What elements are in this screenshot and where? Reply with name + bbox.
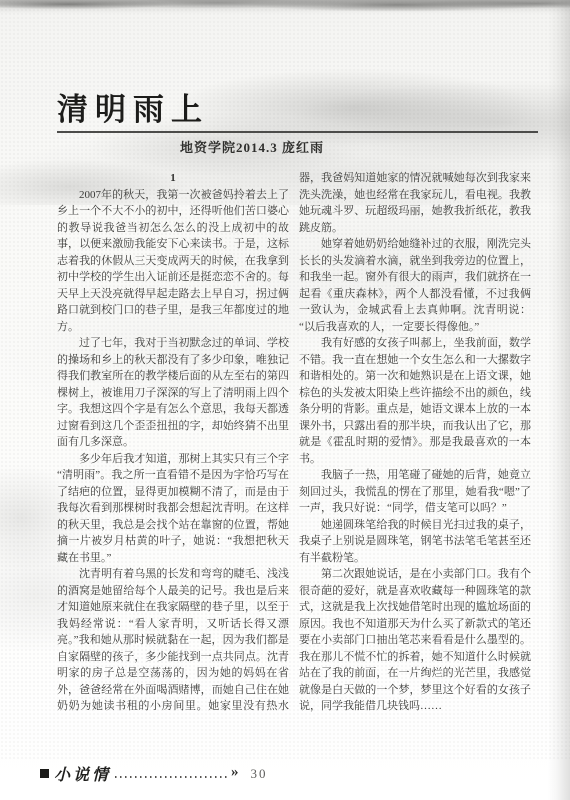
paragraph: 2007年的秋天，我第一次被爸妈拎着去上了乡上一个不大不小的初中，还得听他们苦口… bbox=[57, 187, 289, 336]
footer-dotted-leader bbox=[115, 776, 227, 778]
footer-page-number: 30 bbox=[251, 766, 268, 782]
article-byline: 地资学院2014.3 庞红雨 bbox=[180, 137, 324, 156]
magazine-page: 清明雨上 地资学院2014.3 庞红雨 1 2007年的秋天，我第一次被爸妈拎着… bbox=[0, 0, 570, 800]
ink-texture-top-band bbox=[0, 0, 570, 14]
paragraph: 她递圆珠笔给我的时候目光扫过我的桌子，我桌子上别说是圆珠笔，钢笔书法笔毛笔甚至还… bbox=[299, 517, 531, 567]
square-bullet-icon bbox=[40, 769, 49, 778]
title-rule bbox=[57, 131, 538, 133]
paragraph: 过了七年，我对于当初默念过的单词、学校的操场和乡上的秋天都没有了多少印象，唯独记… bbox=[57, 335, 289, 451]
ink-texture-right-edge bbox=[548, 0, 570, 800]
footer: 小说情 » 30 bbox=[40, 762, 268, 785]
paragraph: 多少年后我才知道，那树上其实只有三个字“清明雨”。我之所一直看错不是因为字恰巧写… bbox=[57, 451, 289, 567]
paragraph: 第二次跟她说话，是在小卖部门口。我有个很奇葩的爱好，就是喜欢收藏每一种圆珠笔的款… bbox=[299, 566, 531, 715]
section-number: 1 bbox=[57, 170, 289, 187]
article-title: 清明雨上 bbox=[57, 84, 209, 129]
article-body: 1 2007年的秋天，我第一次被爸妈拎着去上了乡上一个不大不小的初中，还得听他们… bbox=[57, 170, 531, 722]
paragraph: 我脑子一热，用笔碰了碰她的后背，她竟立刻回过头，我慌乱的愣在了那里，她看我“嗯”… bbox=[299, 467, 531, 517]
footer-column-name: 小说情 bbox=[54, 762, 111, 785]
paragraph: 她穿着她奶奶给她缝补过的衣服，刚洗完头长长的头发滴着水滴，就坐到我旁边的位置上，… bbox=[299, 236, 531, 335]
footer-arrow-icon: » bbox=[231, 764, 239, 781]
paragraph: 我有好感的女孩子叫郝上，坐我前面，数学不错。我一直在想她一个女生怎么和一大摞数字… bbox=[299, 335, 531, 467]
